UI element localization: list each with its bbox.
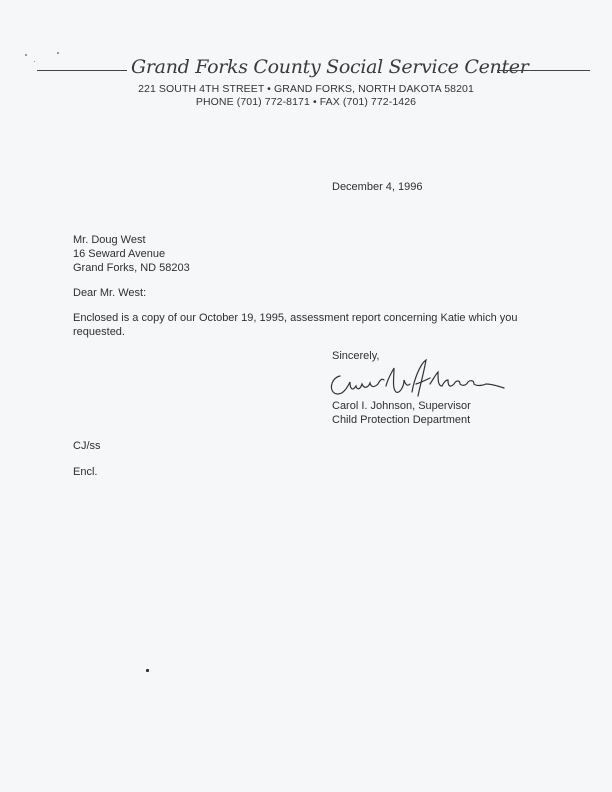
recipient-city: Grand Forks, ND 58203 (73, 261, 190, 275)
enclosure-note: Encl. (73, 465, 97, 479)
salutation: Dear Mr. West: (73, 286, 146, 300)
recipient-name: Mr. Doug West (73, 233, 190, 247)
letter-date: December 4, 1996 (332, 180, 423, 194)
signer-name-title: Carol I. Johnson, Supervisor (332, 399, 471, 413)
organization-address: 221 SOUTH 4TH STREET • GRAND FORKS, NORT… (0, 83, 612, 95)
letterhead-rule-left (37, 70, 127, 71)
signature-icon (326, 356, 526, 400)
organization-name: Grand Forks County Social Service Center (131, 56, 495, 78)
letterhead-title-row: Grand Forks County Social Service Center (0, 56, 612, 82)
recipient-street: 16 Seward Avenue (73, 247, 190, 261)
letterhead-rule-right (497, 70, 590, 71)
reference-initials: CJ/ss (73, 439, 101, 453)
recipient-address: Mr. Doug West 16 Seward Avenue Grand For… (73, 233, 190, 275)
organization-phone-fax: PHONE (701) 772-8171 • FAX (701) 772-142… (0, 96, 612, 108)
letter-page: Grand Forks County Social Service Center… (0, 0, 612, 792)
signer-department: Child Protection Department (332, 413, 470, 427)
body-paragraph: Enclosed is a copy of our October 19, 19… (73, 311, 553, 339)
scan-speck (57, 52, 59, 54)
scan-speck (146, 669, 149, 672)
